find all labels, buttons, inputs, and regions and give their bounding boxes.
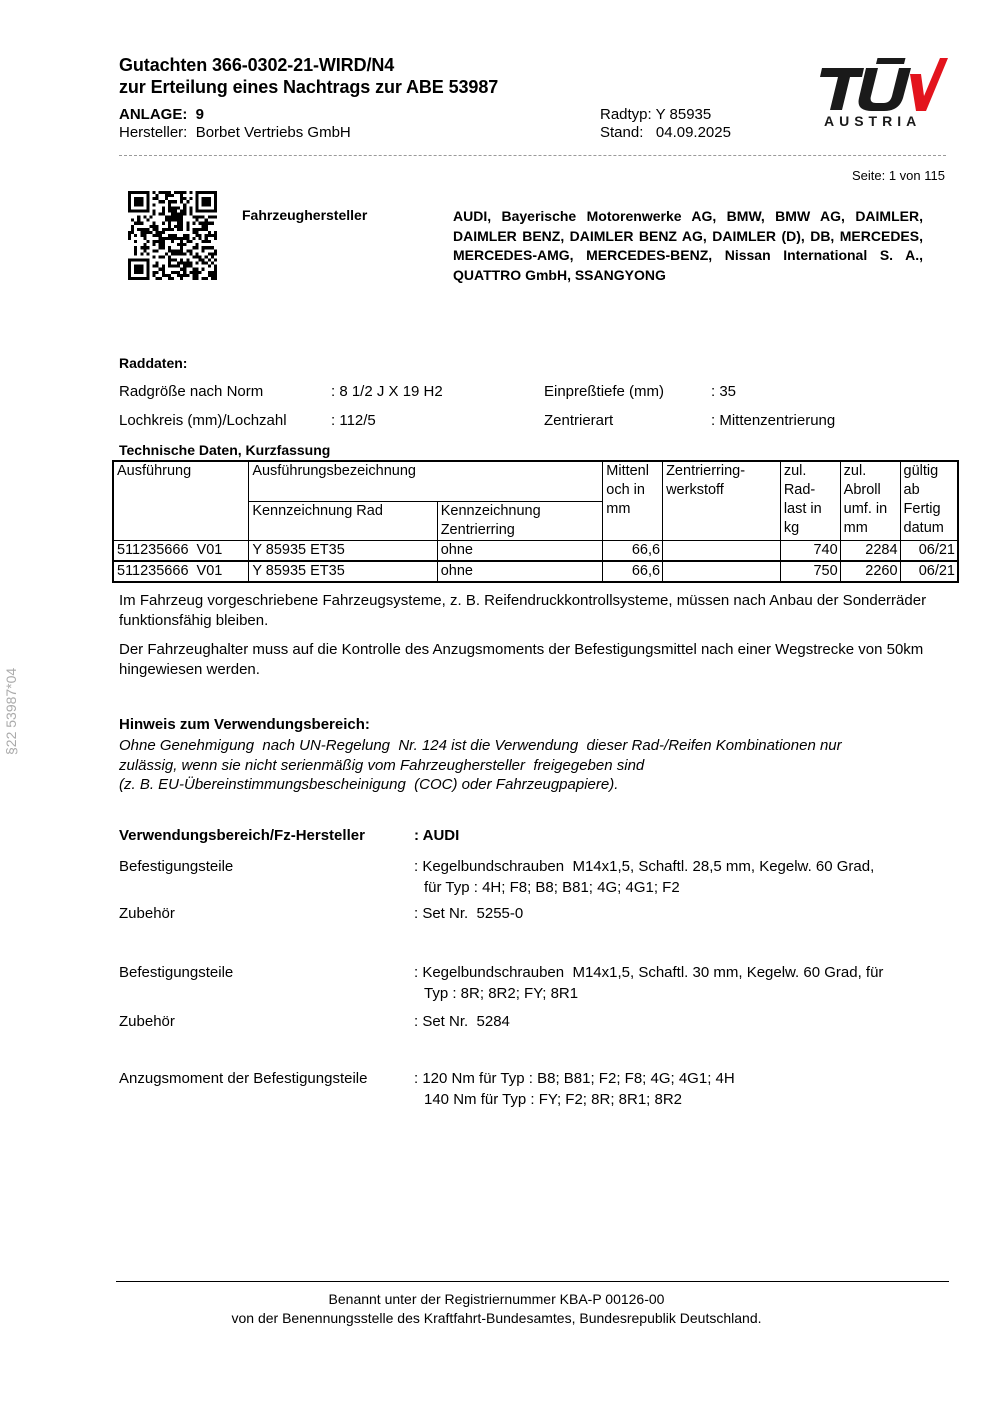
paragraph-anzugsmoment: Der Fahrzeughalter muss auf die Kontroll… — [119, 640, 949, 679]
footer-line-1: Benannt unter der Registriernummer KBA-P… — [0, 1290, 993, 1309]
zubehoer-label-1: Zubehör — [119, 905, 175, 922]
hersteller: Hersteller: Borbet Vertriebs GmbH — [119, 124, 351, 142]
tuev-logo-icon — [818, 56, 948, 112]
einpresstiefe-value: : 35 — [711, 383, 736, 400]
th-mittenloch: Mittenl och in mm — [603, 461, 663, 541]
technische-daten-heading: Technische Daten, Kurzfassung — [119, 442, 330, 458]
header-divider — [119, 155, 946, 156]
anlage: ANLAGE: 9 — [119, 106, 351, 124]
befestigungsteile-value-1: : Kegelbundschrauben M14x1,5, Schaftl. 2… — [414, 856, 944, 898]
title-line-1: Gutachten 366-0302-21-WIRD/N4 — [119, 54, 498, 76]
logo-subtitle: AUSTRIA — [824, 113, 921, 129]
zentrierart-label: Zentrierart — [544, 412, 613, 429]
tuev-austria-logo: AUSTRIA — [818, 56, 948, 134]
befestigungsteile-label-1: Befestigungsteile — [119, 858, 233, 875]
verwendungsbereich-value: : AUDI — [414, 825, 944, 846]
th-kennz-rad: Kennzeichnung Rad — [249, 502, 437, 541]
lochkreis-label: Lochkreis (mm)/Lochzahl — [119, 412, 287, 429]
document-title: Gutachten 366-0302-21-WIRD/N4 zur Erteil… — [119, 54, 498, 98]
th-gueltig: gültig ab Fertig datum — [900, 461, 958, 541]
meta-left: ANLAGE: 9 Hersteller: Borbet Vertriebs G… — [119, 106, 351, 142]
anzugsmoment-value: : 120 Nm für Typ : B8; B81; F2; F8; 4G; … — [414, 1068, 944, 1110]
title-line-2: zur Erteilung eines Nachtrags zur ABE 53… — [119, 76, 498, 98]
anzugsmoment-label: Anzugsmoment der Befestigungsteile — [119, 1070, 367, 1087]
fahrzeughersteller-label: Fahrzeughersteller — [242, 207, 367, 223]
raddaten-heading: Raddaten: — [119, 355, 187, 371]
radtyp: Radtyp: Y 85935 — [600, 106, 731, 124]
th-radlast: zul. Rad- last in kg — [780, 461, 840, 541]
qr-code — [128, 191, 217, 280]
zubehoer-value-1: : Set Nr. 5255-0 — [414, 903, 944, 924]
befestigungsteile-value-2: : Kegelbundschrauben M14x1,5, Schaftl. 3… — [414, 962, 944, 1004]
meta-right: Radtyp: Y 85935 Stand: 04.09.2025 — [600, 106, 731, 142]
befestigungsteile-label-2: Befestigungsteile — [119, 964, 233, 981]
verwendungsbereich-label: Verwendungsbereich/Fz-Hersteller — [119, 827, 365, 844]
hinweis-heading: Hinweis zum Verwendungsbereich: — [119, 716, 370, 733]
th-ausfuehrung: Ausführung — [113, 461, 249, 541]
side-stamp: §22 53987*04 — [3, 668, 19, 755]
footer-divider — [116, 1281, 949, 1282]
footer: Benannt unter der Registriernummer KBA-P… — [0, 1290, 993, 1328]
table-row: 511235666 V01 Y 85935 ET35 ohne 66,6 740… — [113, 541, 958, 562]
einpresstiefe-label: Einpreßtiefe (mm) — [544, 383, 664, 400]
table-header-row: Ausführung Ausführungsbezeichnung Mitten… — [113, 461, 958, 502]
th-bezeichnung: Ausführungsbezeichnung — [249, 461, 603, 502]
th-abrollumf: zul. Abroll umf. in mm — [840, 461, 900, 541]
qr-code-icon — [128, 191, 217, 280]
lochkreis-value: : 112/5 — [331, 412, 376, 429]
page-number: Seite: 1 von 115 — [852, 168, 945, 183]
radgroesse-value: : 8 1/2 J X 19 H2 — [331, 383, 443, 400]
table-row: 511235666 V01 Y 85935 ET35 ohne 66,6 750… — [113, 561, 958, 582]
fahrzeughersteller-value: AUDI, Bayerische Motorenwerke AG, BMW, B… — [453, 207, 923, 285]
stand: Stand: 04.09.2025 — [600, 124, 731, 142]
paragraph-fahrzeugsysteme: Im Fahrzeug vorgeschriebene Fahrzeugsyst… — [119, 591, 949, 630]
hinweis-body: Ohne Genehmigung nach UN-Regelung Nr. 12… — [119, 736, 949, 795]
radgroesse-label: Radgröße nach Norm — [119, 383, 263, 400]
zubehoer-value-2: : Set Nr. 5284 — [414, 1011, 944, 1032]
zentrierart-value: : Mittenzentrierung — [711, 412, 835, 429]
th-werkstoff: Zentrierring- werkstoff — [663, 461, 781, 541]
footer-line-2: von der Benennungsstelle des Kraftfahrt-… — [0, 1309, 993, 1328]
th-kennz-zentrierring: Kennzeichnung Zentrierring — [437, 502, 603, 541]
zubehoer-label-2: Zubehör — [119, 1013, 175, 1030]
technische-daten-table: Ausführung Ausführungsbezeichnung Mitten… — [112, 460, 959, 583]
